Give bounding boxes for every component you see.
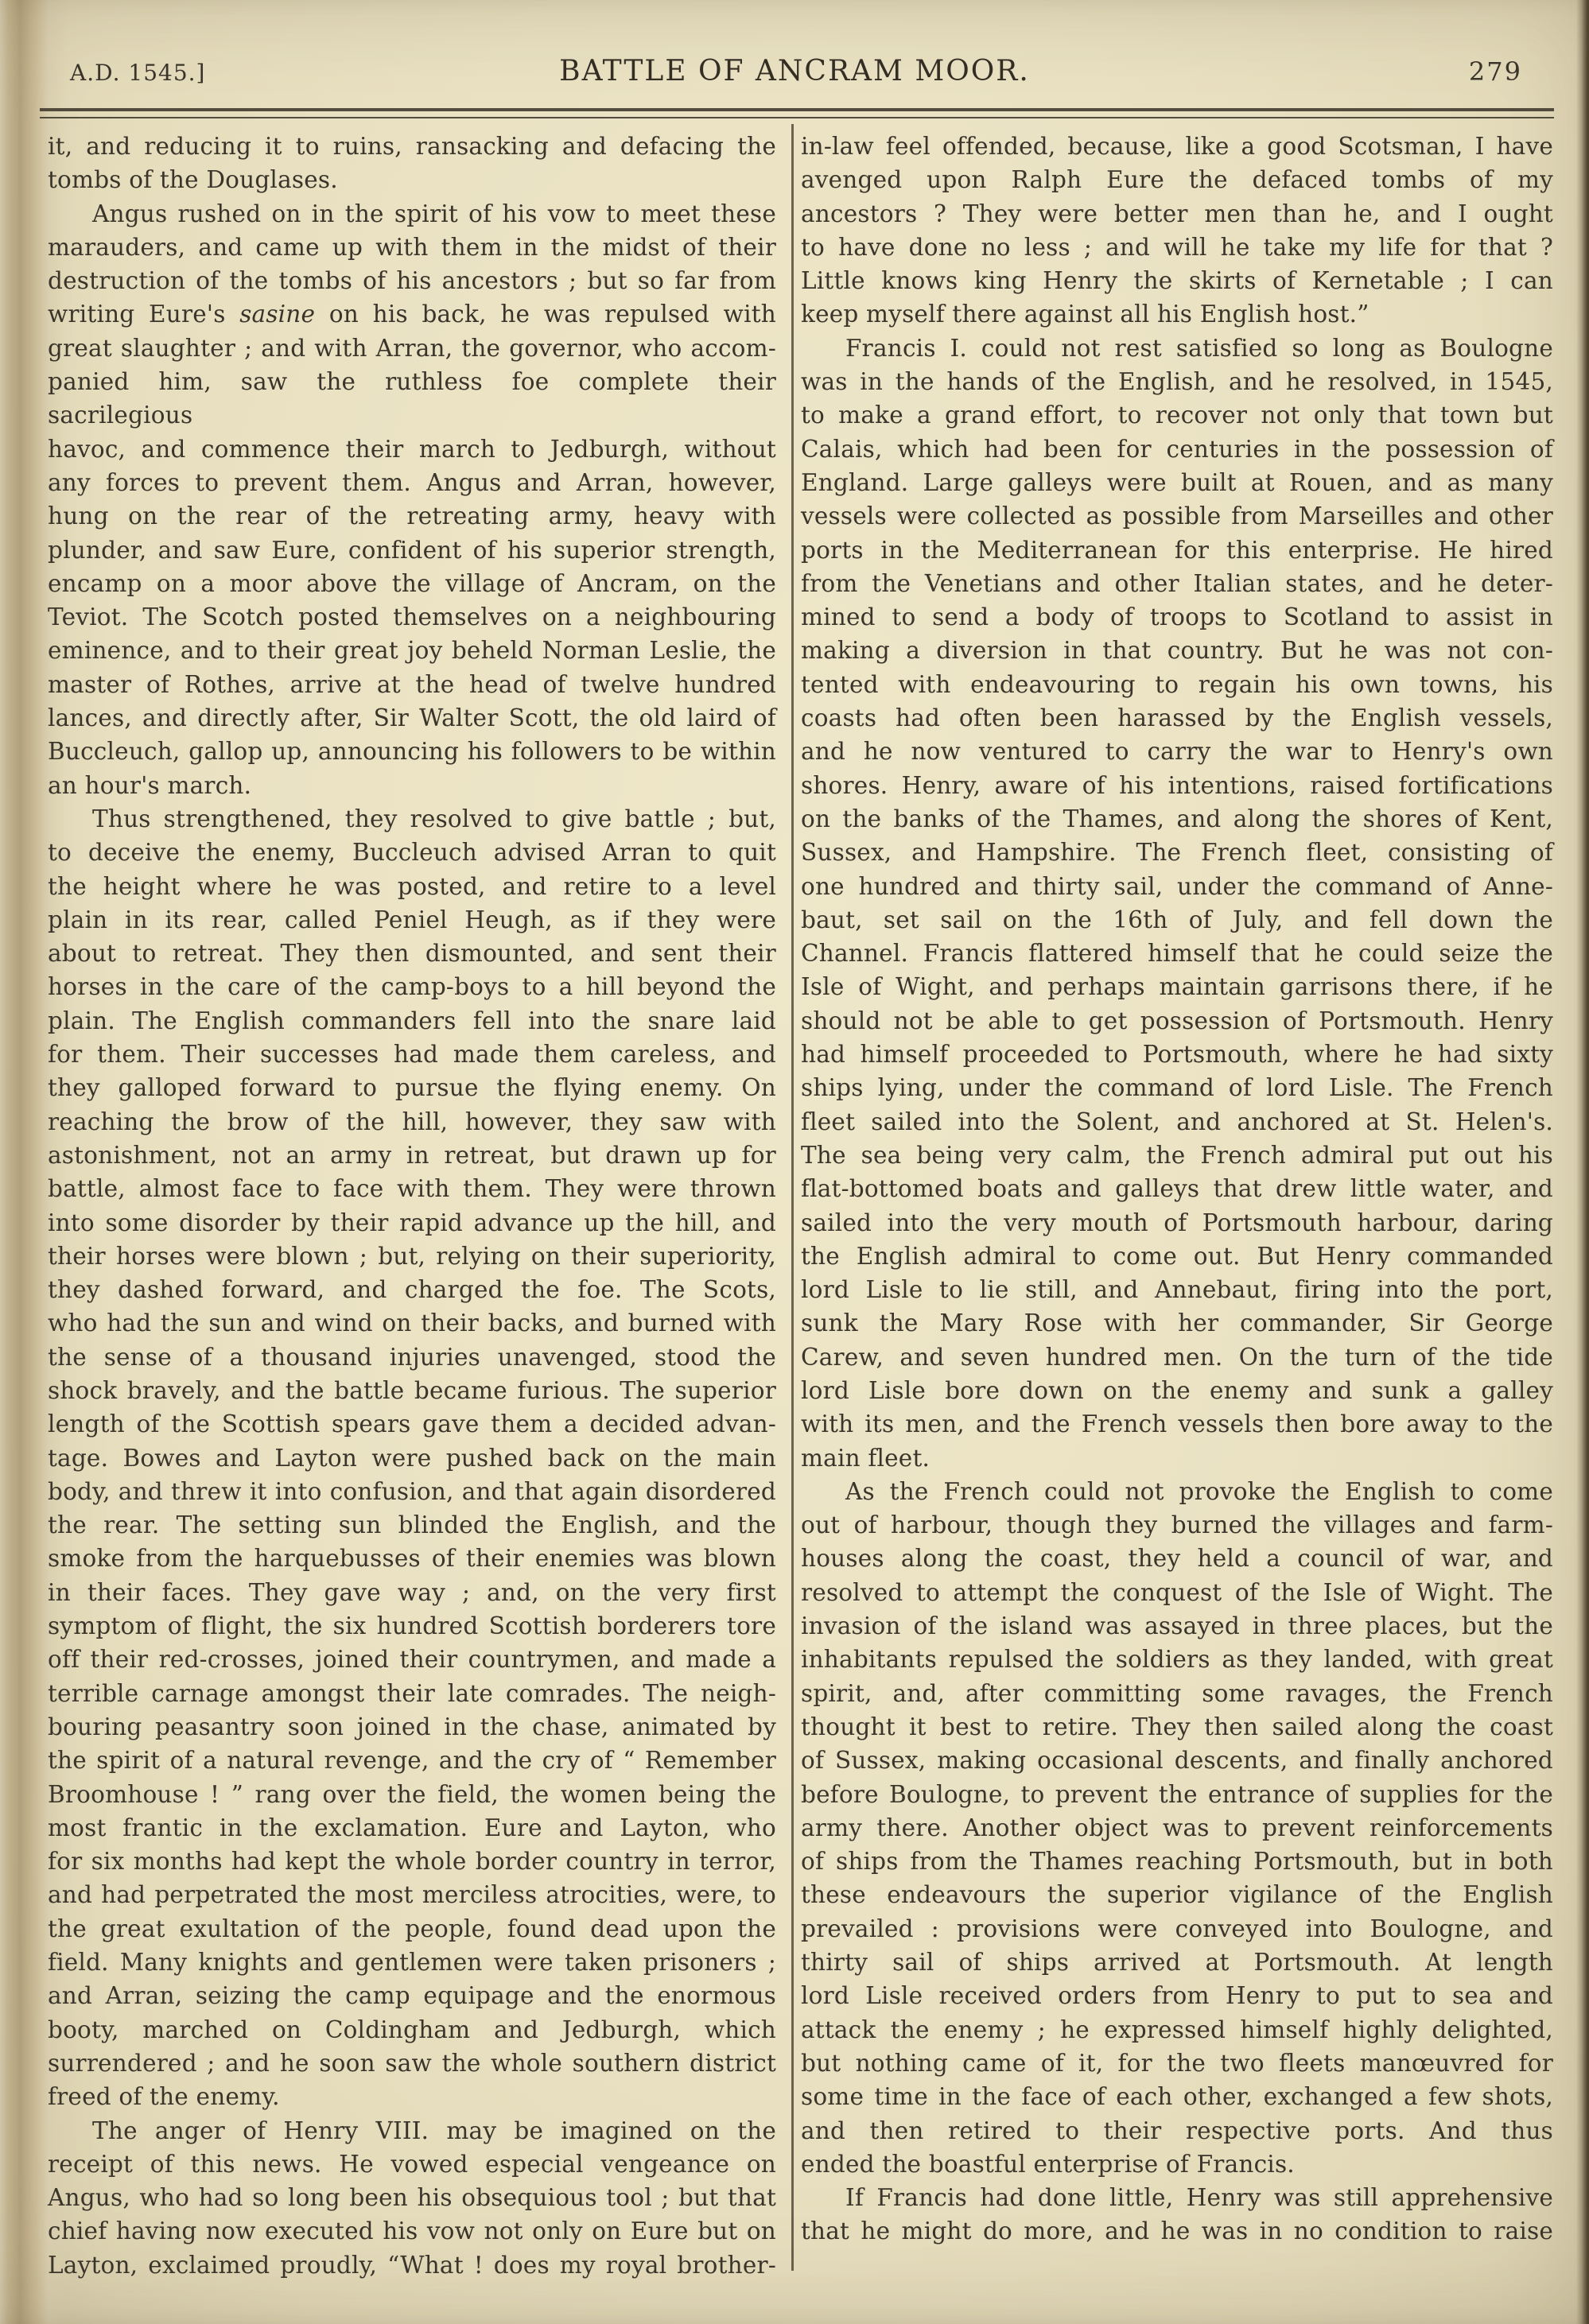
text-line: and he now ventured to carry the war to … — [801, 735, 1553, 768]
text-line: some time in the face of each other, exc… — [801, 2080, 1553, 2113]
page-edge-shadow — [1576, 0, 1589, 2324]
text-line: Buccleuch, gallop up, announcing his fol… — [48, 735, 776, 768]
text-line: fleet sailed into the Solent, and anchor… — [801, 1105, 1553, 1139]
text-line: making a diversion in that country. But … — [801, 634, 1553, 667]
text-line: the rear. The setting sun blinded the En… — [48, 1508, 776, 1542]
text-line: an hour's march. — [48, 769, 776, 802]
text-line: they dashed forward, and charged the foe… — [48, 1273, 776, 1306]
text-line: on the banks of the Thames, and along th… — [801, 802, 1553, 836]
text-line: receipt of this news. He vowed especial … — [48, 2147, 776, 2181]
text-line: in-law feel offended, because, like a go… — [801, 130, 1553, 163]
text-line: had himself proceeded to Portsmouth, whe… — [801, 1038, 1553, 1071]
text-line: into some disorder by their rapid advanc… — [48, 1206, 776, 1240]
text-line: out of harbour, though they burned the v… — [801, 1508, 1553, 1542]
text-line: marauders, and came up with them in the … — [48, 231, 776, 264]
text-line: ships lying, under the command of lord L… — [801, 1071, 1553, 1104]
text-line: encamp on a moor above the village of An… — [48, 567, 776, 600]
text-line: sunk the Mary Rose with her commander, S… — [801, 1306, 1553, 1340]
text-line: Angus rushed on in the spirit of his vow… — [48, 197, 776, 231]
text-line: their horses were blown ; but, relying o… — [48, 1240, 776, 1273]
text-line: horses in the care of the camp-boys to a… — [48, 970, 776, 1003]
text-line: freed of the enemy. — [48, 2080, 776, 2113]
text-line: and Arran, seizing the camp equipage and… — [48, 1979, 776, 2012]
text-line: lord Lisle received orders from Henry to… — [801, 1979, 1553, 2012]
text-line: eminence, and to their great joy beheld … — [48, 634, 776, 667]
text-line: Broomhouse ! ” rang over the field, the … — [48, 1778, 776, 1811]
text-line: to have done no less ; and will he take … — [801, 231, 1553, 264]
text-line: symptom of flight, the six hundred Scott… — [48, 1609, 776, 1643]
text-line: Sussex, and Hampshire. The French fleet,… — [801, 836, 1553, 869]
text-line: should not be able to get possession of … — [801, 1004, 1553, 1038]
text-line: smoke from the harquebusses of their ene… — [48, 1542, 776, 1575]
text-line: who had the sun and wind on their backs,… — [48, 1306, 776, 1340]
text-line: and had perpetrated the most merciless a… — [48, 1878, 776, 1911]
text-line: keep myself there against all his Englis… — [801, 297, 1553, 331]
header-rule — [40, 108, 1554, 118]
text-line: ancestors ? They were better men than he… — [801, 197, 1553, 231]
text-line: vessels were collected as possible from … — [801, 499, 1553, 533]
text-line: houses along the coast, they held a coun… — [801, 1542, 1553, 1575]
text-line: the spirit of a natural revenge, and the… — [48, 1744, 776, 1777]
text-line: avenged upon Ralph Eure the defaced tomb… — [801, 163, 1553, 196]
text-line: of Sussex, making occasional descents, a… — [801, 1744, 1553, 1777]
text-line: Carew, and seven hundred men. On the tur… — [801, 1340, 1553, 1374]
text-line: bouring peasantry soon joined in the cha… — [48, 1710, 776, 1744]
text-line: mined to send a body of troops to Scotla… — [801, 600, 1553, 634]
text-line: battle, almost face to face with them. T… — [48, 1172, 776, 1205]
text-line: the English admiral to come out. But Hen… — [801, 1240, 1553, 1273]
text-line: astonishment, not an army in retreat, bu… — [48, 1139, 776, 1172]
text-line: these endeavours the superior vigilance … — [801, 1878, 1553, 1911]
text-line: ports in the Mediterranean for this ente… — [801, 533, 1553, 567]
text-line: one hundred and thirty sail, under the c… — [801, 870, 1553, 903]
text-line: prevailed : provisions were conveyed int… — [801, 1912, 1553, 1946]
text-line: from the Venetians and other Italian sta… — [801, 567, 1553, 600]
text-line: was in the hands of the English, and he … — [801, 365, 1553, 398]
right-column: in-law feel offended, because, like a go… — [801, 130, 1553, 2248]
text-line: great slaughter ; and with Arran, the go… — [48, 332, 776, 365]
running-head: A.D. 1545.] BATTLE OF ANCRAM MOOR. 279 — [0, 54, 1589, 89]
text-line: writing Eure's sasine on his back, he wa… — [48, 297, 776, 331]
book-page: A.D. 1545.] BATTLE OF ANCRAM MOOR. 279 i… — [0, 0, 1589, 2324]
text-line: they galloped forward to pursue the flyi… — [48, 1071, 776, 1104]
text-line: booty, marched on Coldingham and Jedburg… — [48, 2013, 776, 2047]
text-line: it, and reducing it to ruins, ransacking… — [48, 130, 776, 163]
text-line: baut, set sail on the 16th of July, and … — [801, 903, 1553, 937]
text-line: Little knows king Henry the skirts of Ke… — [801, 264, 1553, 297]
text-line: for six months had kept the whole border… — [48, 1845, 776, 1878]
text-line: Francis I. could not rest satisfied so l… — [801, 332, 1553, 365]
text-line: the height where he was posted, and reti… — [48, 870, 776, 903]
text-line: The sea being very calm, the French admi… — [801, 1139, 1553, 1172]
text-line: lances, and directly after, Sir Walter S… — [48, 701, 776, 735]
text-line: main fleet. — [801, 1441, 1553, 1475]
text-line: As the French could not provoke the Engl… — [801, 1475, 1553, 1508]
text-line: most frantic in the exclamation. Eure an… — [48, 1811, 776, 1845]
text-line: chief having now executed his vow not on… — [48, 2214, 776, 2248]
text-line: about to retreat. They then dismounted, … — [48, 937, 776, 970]
text-line: Angus, who had so long been his obsequio… — [48, 2181, 776, 2214]
text-line: terrible carnage amongst their late comr… — [48, 1677, 776, 1710]
text-line: but nothing came of it, for the two flee… — [801, 2047, 1553, 2080]
text-line: Layton, exclaimed proudly, “What ! does … — [48, 2248, 776, 2282]
text-line: If Francis had done little, Henry was st… — [801, 2181, 1553, 2214]
text-line: plain in its rear, called Peniel Heugh, … — [48, 903, 776, 937]
text-line: thought it best to retire. They then sai… — [801, 1710, 1553, 1744]
text-line: the great exultation of the people, foun… — [48, 1912, 776, 1946]
text-line: tage. Bowes and Layton were pushed back … — [48, 1441, 776, 1475]
text-line: before Boulogne, to prevent the entrance… — [801, 1778, 1553, 1811]
text-line: attack the enemy ; he expressed himself … — [801, 2013, 1553, 2047]
text-line: plain. The English commanders fell into … — [48, 1004, 776, 1038]
text-line: any forces to prevent them. Angus and Ar… — [48, 466, 776, 499]
text-line: shores. Henry, aware of his intentions, … — [801, 769, 1553, 802]
text-line: body, and threw it into confusion, and t… — [48, 1475, 776, 1508]
text-line: field. Many knights and gentlemen were t… — [48, 1946, 776, 1979]
text-line: spirit, and, after committing some ravag… — [801, 1677, 1553, 1710]
text-line: invasion of the island was assayed in th… — [801, 1609, 1553, 1643]
text-line: surrendered ; and he soon saw the whole … — [48, 2047, 776, 2080]
text-line: lord Lisle bore down on the enemy and su… — [801, 1374, 1553, 1407]
text-line: lord Lisle to lie still, and Annebaut, f… — [801, 1273, 1553, 1306]
text-line: resolved to attempt the conquest of the … — [801, 1576, 1553, 1609]
text-line: hung on the rear of the retreating army,… — [48, 499, 776, 533]
text-line: to make a grand effort, to recover not o… — [801, 398, 1553, 432]
text-line: shock bravely, and the battle became fur… — [48, 1374, 776, 1407]
text-line: with its men, and the French vessels the… — [801, 1407, 1553, 1441]
text-line: plunder, and saw Eure, confident of his … — [48, 533, 776, 567]
text-line: the sense of a thousand injuries unaveng… — [48, 1340, 776, 1374]
left-column: it, and reducing it to ruins, ransacking… — [48, 130, 776, 2282]
text-line: to deceive the enemy, Buccleuch advised … — [48, 836, 776, 869]
text-line: Teviot. The Scotch posted themselves on … — [48, 600, 776, 634]
text-line: for them. Their successes had made them … — [48, 1038, 776, 1071]
page-title: BATTLE OF ANCRAM MOOR. — [0, 54, 1589, 89]
text-line: inhabitants repulsed the soldiers as the… — [801, 1643, 1553, 1676]
text-line: thirty sail of ships arrived at Portsmou… — [801, 1946, 1553, 1979]
text-line: England. Large galleys were built at Rou… — [801, 466, 1553, 499]
text-line: that he might do more, and he was in no … — [801, 2214, 1553, 2248]
text-line: havoc, and commence their march to Jedbu… — [48, 433, 776, 466]
text-line: master of Rothes, arrive at the head of … — [48, 668, 776, 701]
text-line: destruction of the tombs of his ancestor… — [48, 264, 776, 297]
text-line: and then retired to their respective por… — [801, 2114, 1553, 2147]
text-line: in their faces. They gave way ; and, on … — [48, 1576, 776, 1609]
text-line: Channel. Francis flattered himself that … — [801, 937, 1553, 970]
text-line: off their red-crosses, joined their coun… — [48, 1643, 776, 1676]
text-line: of ships from the Thames reaching Portsm… — [801, 1845, 1553, 1878]
text-line: Isle of Wight, and perhaps maintain garr… — [801, 970, 1553, 1003]
text-line: sailed into the very mouth of Portsmouth… — [801, 1206, 1553, 1240]
text-line: tented with endeavouring to regain his o… — [801, 668, 1553, 701]
page-number: 279 — [1469, 54, 1522, 89]
text-line: flat-bottomed boats and galleys that dre… — [801, 1172, 1553, 1205]
text-line: army there. Another object was to preven… — [801, 1811, 1553, 1845]
text-line: The anger of Henry VIII. may be imagined… — [48, 2114, 776, 2147]
text-line: Thus strengthened, they resolved to give… — [48, 802, 776, 836]
text-line: reaching the brow of the hill, however, … — [48, 1105, 776, 1139]
text-line: Calais, which had been for centuries in … — [801, 433, 1553, 466]
text-line: panied him, saw the ruthless foe complet… — [48, 365, 776, 433]
text-line: ended the boastful enterprise of Francis… — [801, 2147, 1553, 2181]
text-line: tombs of the Douglases. — [48, 163, 776, 196]
text-line: coasts had often been harassed by the En… — [801, 701, 1553, 735]
column-divider-rule — [791, 124, 794, 2271]
text-line: length of the Scottish spears gave them … — [48, 1407, 776, 1441]
